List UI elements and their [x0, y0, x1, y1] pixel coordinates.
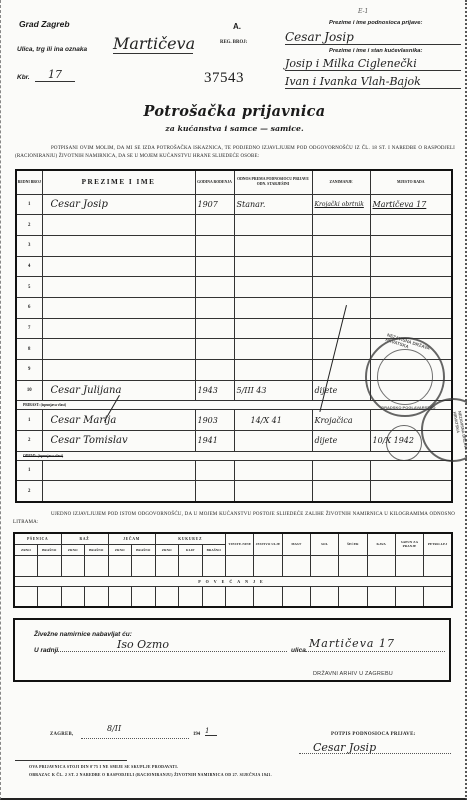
street-label: Ulica, trg ili ina oznaka [17, 46, 87, 53]
table-row: 5 [16, 277, 452, 298]
street-field[interactable]: Martičeva [113, 34, 193, 54]
supply-cell[interactable] [395, 586, 423, 607]
name-cell[interactable] [42, 460, 195, 481]
shop-street-value: Martičeva 17 [309, 637, 395, 650]
supply-cell[interactable] [367, 586, 395, 607]
reg-number-label: REG. BROJ: [220, 40, 247, 45]
applicant-field[interactable]: Cesar Josip [285, 30, 461, 45]
stamp-text: NEZAVISNA DRŽAVA HRVATSKA [452, 410, 467, 455]
occupation-cell[interactable]: dijete [312, 431, 370, 452]
supply-cell[interactable] [367, 555, 395, 576]
occupation-cell[interactable]: Krojačica [312, 410, 370, 431]
supply-cell[interactable] [132, 555, 156, 576]
landlord-field-line2[interactable]: Ivan i Ivanka Vlah-Bajok [285, 75, 461, 89]
footnote-form-reference: OBRAZAC K ČL. 2 ST. 2 NAREDBE O RASPODJE… [29, 773, 272, 777]
birth-year-cell[interactable] [195, 277, 234, 298]
landlord-field-line1[interactable]: Josip i Milka Ciglenečki [285, 57, 461, 71]
date-value: 8/II [107, 724, 121, 733]
sub-grain: ZRNO [14, 544, 38, 555]
col-header-name: PREZIME I IME [42, 170, 195, 194]
col-header-workplace: MJESTO RADA [370, 170, 452, 194]
birth-year-cell[interactable]: 1903 [195, 410, 234, 431]
name-cell[interactable]: Cesar Marija [42, 410, 195, 431]
workplace-cell[interactable] [370, 460, 452, 481]
increase-row: POVEĆANJE [14, 576, 452, 586]
birth-year-cell[interactable]: 1943 [195, 380, 234, 401]
signature-value: Cesar Josip [313, 741, 376, 754]
row-number: 10 [16, 380, 42, 401]
col-group-wheat: PŠENICA [14, 533, 61, 544]
supply-cell[interactable] [108, 555, 132, 576]
form-subtitle: za kućanstva i samce — samice. [1, 124, 467, 133]
supplies-header-row: PŠENICA RAŽ JEČAM KUKURUZ TJESTE-NINE JE… [14, 533, 452, 544]
col-soap: SAPUN ZA PRANJE [395, 533, 423, 555]
declaration-text: UJEDNO IZJAVLJUJEM POD ISTOM ODGOVORNOŠĆ… [13, 511, 455, 527]
row-number: 2 [16, 431, 42, 452]
shop-field[interactable] [55, 642, 287, 652]
supply-cell[interactable] [424, 555, 452, 576]
occupation-cell[interactable]: dijete [312, 380, 370, 401]
supply-cell[interactable] [424, 586, 452, 607]
row-number: 1 [16, 410, 42, 431]
name-cell[interactable] [42, 360, 195, 381]
supplies-increase-row [14, 586, 452, 607]
footnote-price: OVA PRIJAVNICA STOJI DIN 0'75 I NE SMIJE… [29, 765, 178, 769]
row-number: 1 [16, 460, 42, 481]
workplace-cell[interactable] [370, 297, 452, 318]
shop-heading: Živežne namirnice nabavljat ću: [34, 631, 132, 638]
workplace-cell[interactable]: Martičeva 17 [370, 194, 452, 215]
name-cell[interactable] [42, 277, 195, 298]
supply-cell[interactable] [282, 586, 310, 607]
col-coffee: KAVA [367, 533, 395, 555]
workplace-cell[interactable] [370, 215, 452, 236]
supply-cell[interactable] [179, 586, 203, 607]
birth-year-cell[interactable] [195, 460, 234, 481]
occupation-cell[interactable] [312, 215, 370, 236]
table-row: 2 [16, 215, 452, 236]
relation-cell[interactable] [234, 297, 312, 318]
supply-cell[interactable] [61, 555, 85, 576]
col-group-corn: KUKURUZ [155, 533, 226, 544]
supply-cell[interactable] [202, 586, 226, 607]
occupation-cell[interactable] [312, 460, 370, 481]
birth-year-cell[interactable] [195, 256, 234, 277]
supply-cell[interactable] [202, 555, 226, 576]
shop-street-label: ulica [291, 647, 306, 654]
occupation-cell[interactable] [312, 360, 370, 381]
supplies-row [14, 555, 452, 576]
workplace-cell[interactable] [370, 235, 452, 256]
col-group-barley: JEČAM [108, 533, 155, 544]
supply-cell[interactable] [14, 555, 38, 576]
col-salt: SOL [310, 533, 338, 555]
sub-flour: BRAŠNO [202, 544, 226, 555]
supply-cell[interactable] [226, 586, 254, 607]
intro-text: POTPISANI OVIM MOLIM, DA MI SE IZDA POTR… [15, 145, 455, 161]
row-number: 6 [16, 297, 42, 318]
row-number: 2 [16, 215, 42, 236]
supply-cell[interactable] [38, 555, 62, 576]
supply-cell[interactable] [310, 586, 338, 607]
name-cell[interactable] [42, 256, 195, 277]
row-number: 7 [16, 318, 42, 339]
section-decrease-row: ODPAD: (ispunjava vlast) [16, 451, 452, 460]
small-stamp [386, 425, 422, 461]
supply-cell[interactable] [155, 555, 179, 576]
relation-cell[interactable] [234, 235, 312, 256]
name-cell[interactable] [42, 297, 195, 318]
sub-flour: BRAŠNO [132, 544, 156, 555]
table-row: 4 [16, 256, 452, 277]
col-header-birth-year: GODINA RODENJA [195, 170, 234, 194]
col-sugar: ŠEĆER [339, 533, 367, 555]
col-lard: MAST [282, 533, 310, 555]
footnote-divider [15, 760, 127, 761]
shop-box: Živežne namirnice nabavljat ću: U radnji… [13, 618, 451, 682]
birth-year-cell[interactable] [195, 360, 234, 381]
supply-cell[interactable] [14, 586, 38, 607]
relation-cell[interactable]: 5/III 43 [234, 380, 312, 401]
place-label: ZAGREB, [50, 732, 74, 737]
relation-cell[interactable] [234, 215, 312, 236]
supply-cell[interactable] [61, 586, 85, 607]
increase-label: POVEĆANJE [14, 576, 452, 586]
relation-cell[interactable] [234, 277, 312, 298]
sub-grain: ZRNO [108, 544, 132, 555]
col-header-relation: ODNOS PREMA PODNOSIOCU PRIJAVE ODN. STAR… [234, 170, 312, 194]
workplace-cell[interactable] [370, 256, 452, 277]
supply-cell[interactable] [132, 586, 156, 607]
occupation-cell[interactable]: Krojački obrtnik [312, 194, 370, 215]
table-row: 2 [16, 481, 452, 502]
row-number: 3 [16, 235, 42, 256]
section-decrease-label: ODPAD: (ispunjava vlast) [16, 451, 452, 460]
supply-cell[interactable] [155, 586, 179, 607]
supplies-table: PŠENICA RAŽ JEČAM KUKURUZ TJESTE-NINE JE… [13, 532, 453, 608]
top-note: E-1 [358, 8, 368, 15]
supply-cell[interactable] [339, 555, 367, 576]
applicant-label: Prezime i ime podnosioca prijave: [329, 20, 422, 26]
landlord-label: Prezime i ime i stan kućevlasnika: [329, 48, 422, 54]
supply-cell[interactable] [85, 555, 109, 576]
birth-year-cell[interactable] [195, 215, 234, 236]
supply-cell[interactable] [339, 586, 367, 607]
row-number: 8 [16, 339, 42, 360]
col-header-occupation: ZANIMANJE [312, 170, 370, 194]
supply-cell[interactable] [310, 555, 338, 576]
row-number: 2 [16, 481, 42, 502]
occupation-cell[interactable] [312, 235, 370, 256]
workplace-cell[interactable] [370, 481, 452, 502]
year-prefix: 194 [193, 732, 200, 737]
sub-cob: KLIP [179, 544, 203, 555]
birth-year-cell[interactable]: 1907 [195, 194, 234, 215]
document-page: E-1 Grad Zagreb Ulica, trg ili ina oznak… [0, 0, 467, 800]
sub-grain: ZRNO [61, 544, 85, 555]
table-row: 3 [16, 235, 452, 256]
name-cell[interactable] [42, 481, 195, 502]
supply-cell[interactable] [38, 586, 62, 607]
birth-year-cell[interactable]: 1941 [195, 431, 234, 452]
supply-cell[interactable] [108, 586, 132, 607]
name-cell[interactable]: Cesar Josip [42, 194, 195, 215]
sub-grain: ZRNO [155, 544, 179, 555]
table-row: 1 [16, 460, 452, 481]
archive-stamp: DRŽAVNI ARHIV U ZAGREBU [313, 671, 393, 677]
supply-cell[interactable] [226, 555, 254, 576]
shop-value: Iso Ozmo [117, 638, 169, 651]
birth-year-cell[interactable] [195, 339, 234, 360]
supply-cell[interactable] [282, 555, 310, 576]
relation-cell[interactable] [234, 360, 312, 381]
supply-cell[interactable] [254, 586, 282, 607]
row-number: 1 [16, 194, 42, 215]
occupation-cell[interactable] [312, 339, 370, 360]
col-pasta: TJESTE-NINE [226, 533, 254, 555]
col-group-rye: RAŽ [61, 533, 108, 544]
relation-cell[interactable] [234, 318, 312, 339]
birth-year-cell[interactable] [195, 481, 234, 502]
relation-cell[interactable]: 14/X 41 [234, 410, 312, 431]
sub-flour: BRAŠNO [85, 544, 109, 555]
relation-cell[interactable] [234, 460, 312, 481]
row-number: 5 [16, 277, 42, 298]
row-number: 4 [16, 256, 42, 277]
table-row: 1 Cesar Josip 1907 Stanar. Krojački obrt… [16, 194, 452, 215]
city-heading: Grad Zagreb [19, 19, 70, 29]
stamp-inner-ring [377, 349, 433, 405]
house-number-label: Kbr. [17, 74, 30, 81]
relation-cell[interactable] [234, 339, 312, 360]
workplace-cell[interactable] [370, 277, 452, 298]
supply-cell[interactable] [85, 586, 109, 607]
name-cell[interactable]: Cesar Tomislav [42, 431, 195, 452]
row-number: 9 [16, 360, 42, 381]
serial-number: 37543 [204, 70, 244, 87]
relation-cell[interactable] [234, 256, 312, 277]
name-cell[interactable] [42, 215, 195, 236]
form-letter: A. [233, 22, 241, 31]
persons-header-row: REDNI BROJ PREZIME I IME GODINA RODENJA … [16, 170, 452, 194]
occupation-cell[interactable] [312, 256, 370, 277]
supply-cell[interactable] [179, 555, 203, 576]
signature-label: POTPIS PODNOSIOCA PRIJAVE: [331, 732, 416, 737]
birth-year-cell[interactable] [195, 297, 234, 318]
col-oil: JESTIVO ULJE [254, 533, 282, 555]
birth-year-cell[interactable] [195, 235, 234, 256]
col-petroleum: PETRO-LEJ [424, 533, 452, 555]
name-cell[interactable] [42, 318, 195, 339]
occupation-cell[interactable] [312, 297, 370, 318]
name-cell[interactable] [42, 339, 195, 360]
relation-cell[interactable] [234, 431, 312, 452]
relation-cell[interactable] [234, 481, 312, 502]
birth-year-cell[interactable] [195, 318, 234, 339]
supply-cell[interactable] [254, 555, 282, 576]
table-row: 6 [16, 297, 452, 318]
name-cell[interactable] [42, 235, 195, 256]
house-number-field[interactable]: 17 [35, 68, 75, 82]
sub-flour: BRAŠNO [38, 544, 62, 555]
year-suffix-field[interactable]: 1 [205, 727, 217, 736]
workplace-cell[interactable] [370, 318, 452, 339]
occupation-cell[interactable] [312, 277, 370, 298]
date-field[interactable] [81, 732, 189, 739]
supply-cell[interactable] [395, 555, 423, 576]
occupation-cell[interactable] [312, 481, 370, 502]
col-header-no: REDNI BROJ [16, 170, 42, 194]
relation-cell[interactable]: Stanar. [234, 194, 312, 215]
form-title: Potrošačka prijavnica [1, 103, 467, 120]
